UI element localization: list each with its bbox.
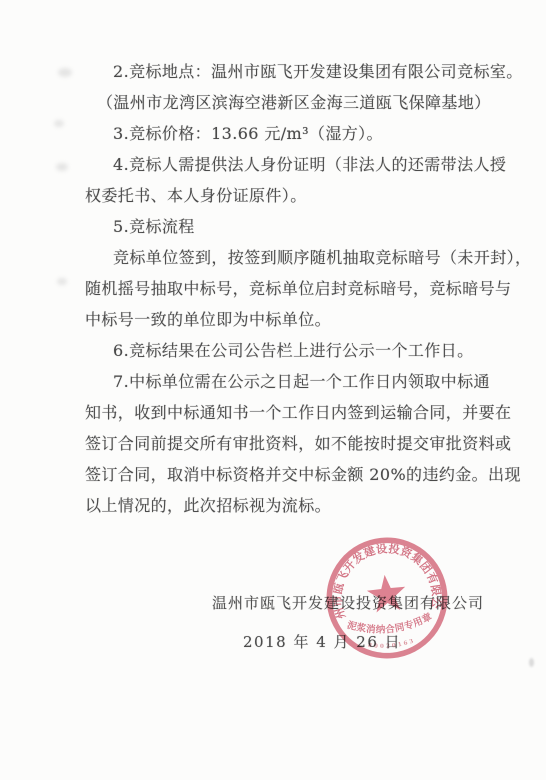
doc-line-location-note: （温州市龙湾区滨海空港新区金海三道瓯飞保障基地）	[85, 87, 505, 118]
doc-line-penalty: 签订合同，取消中标资格并交中标金额 20%的违约金。出现	[85, 459, 505, 490]
doc-line-result-notice: 6.竞标结果在公司公告栏上进行公示一个工作日。	[85, 335, 505, 366]
doc-line-award-2: 知书，收到中标通知书一个工作日内签到运输合同，并要在	[85, 397, 505, 428]
document-page: 2.竞标地点：温州市瓯飞开发建设集团有限公司竞标室。 （温州市龙湾区滨海空港新区…	[0, 0, 546, 780]
scan-artifact	[56, 163, 68, 171]
doc-line-process-title: 5.竞标流程	[85, 211, 505, 242]
doc-line-void-clause: 以上情况的，此次招标视为流标。	[85, 490, 505, 521]
scan-artifact	[54, 120, 64, 127]
scan-artifact	[57, 278, 67, 285]
document-body: 2.竞标地点：温州市瓯飞开发建设集团有限公司竞标室。 （温州市龙湾区滨海空港新区…	[85, 56, 505, 521]
doc-line-process-3: 中标号一致的单位即为中标单位。	[85, 304, 505, 335]
doc-line-bid-location: 2.竞标地点：温州市瓯飞开发建设集团有限公司竞标室。	[85, 56, 505, 87]
doc-line-identity-1: 4.竞标人需提供法人身份证明（非法人的还需带法人授	[85, 149, 505, 180]
signature-date: 2018 年 4 月 26 日	[243, 631, 401, 652]
doc-line-process-2: 随机摇号抽取中标号，竞标单位启封竞标暗号，竞标暗号与	[85, 273, 505, 304]
signature-company-name: 温州市瓯飞开发建设投资集团有限公司	[212, 592, 484, 613]
doc-line-process-1: 竞标单位签到，按签到顺序随机抽取竞标暗号（未开封），	[85, 242, 505, 273]
scan-artifact	[58, 68, 72, 77]
scan-artifact	[529, 658, 534, 667]
doc-line-award-1: 7.中标单位需在公示之日起一个工作日内领取中标通	[85, 366, 505, 397]
doc-line-bid-price: 3.竞标价格：13.66 元/m³（湿方）。	[85, 118, 505, 149]
doc-line-award-3: 签订合同前提交所有审批资料，如不能按时提交审批资料或	[85, 428, 505, 459]
doc-line-identity-2: 权委托书、本人身份证原件）。	[85, 180, 505, 211]
